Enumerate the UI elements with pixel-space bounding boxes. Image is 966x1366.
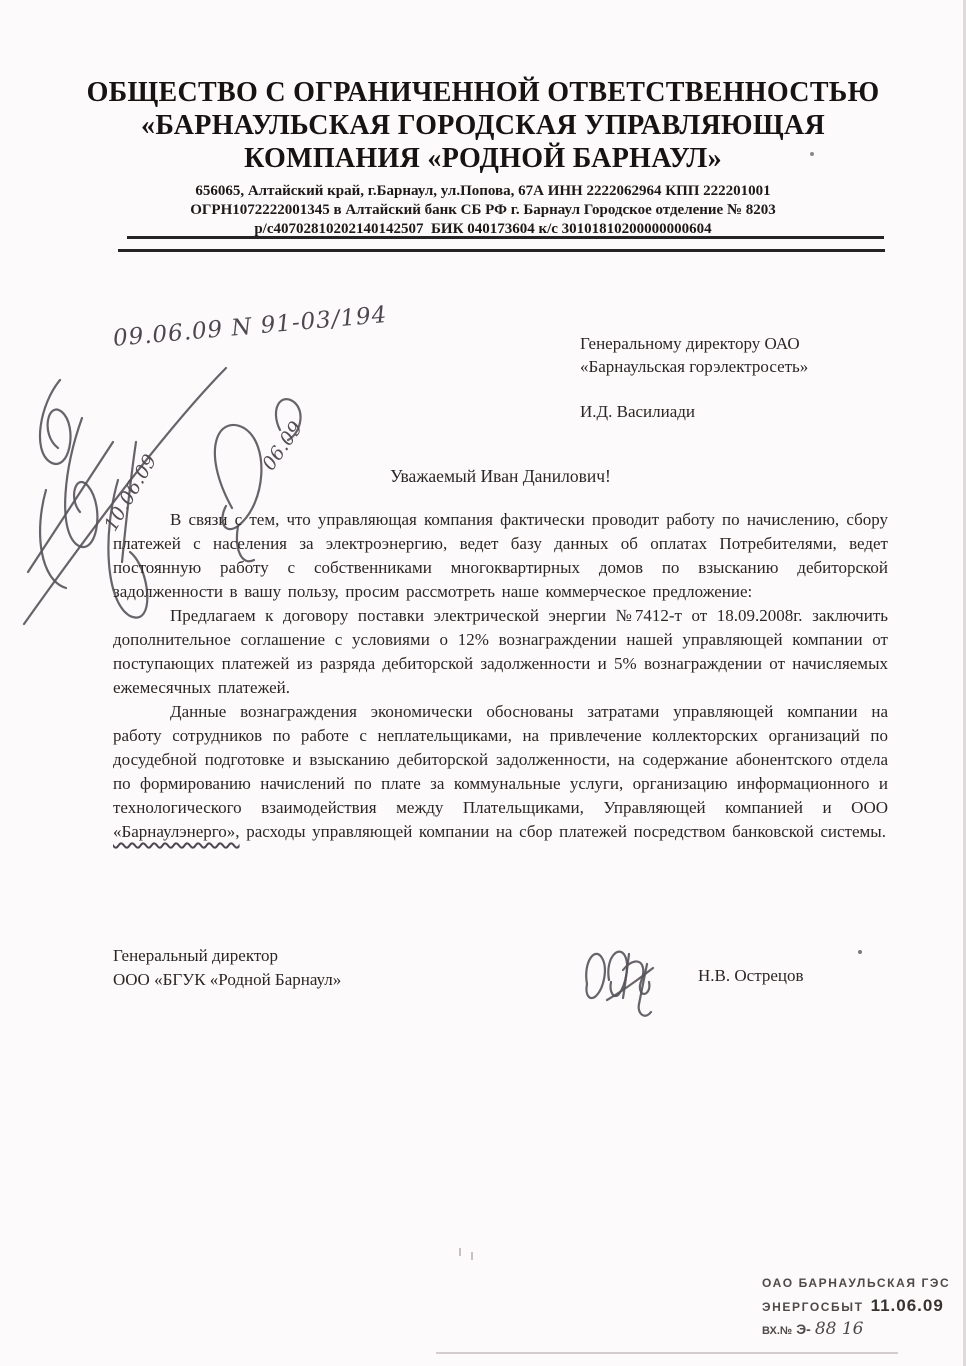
- stamp-reg-number-handwritten: 88 16: [815, 1319, 864, 1339]
- underlined-company-name: «Барнаулэнерго»,: [113, 822, 240, 841]
- paragraph-3-continuation: расходы управляющей компании на сбор пла…: [240, 822, 886, 841]
- signer-title-block: Генеральный директор ООО «БГУК «Родной Б…: [113, 944, 341, 992]
- paragraph-1: В связи с тем, что управляющая компания …: [113, 508, 888, 604]
- scan-speck: [810, 152, 814, 156]
- signer-name: Н.В. Острецов: [698, 966, 804, 986]
- letterhead-divider-bottom: [118, 249, 885, 252]
- signer-title-line-2: ООО «БГУК «Родной Барнаул»: [113, 968, 341, 992]
- recipient-line-1: Генеральному директору ОАО: [580, 332, 808, 355]
- stamp-reg-label: ВХ.№: [762, 1325, 792, 1337]
- scan-mark: [471, 1252, 473, 1260]
- recipient-line-2: «Барнаульская горэлектросеть»: [580, 355, 808, 378]
- paragraph-3: Данные вознаграждения экономически обосн…: [113, 700, 888, 844]
- stamp-organization: ОАО БАРНАУЛЬСКАЯ ГЭС: [762, 1276, 950, 1290]
- letter-body: В связи с тем, что управляющая компания …: [113, 508, 888, 844]
- org-details: 656065, Алтайский край, г.Барнаул, ул.По…: [0, 182, 966, 239]
- recipient-name: И.Д. Василиади: [580, 400, 808, 423]
- stamp-date: 11.06.09: [871, 1296, 944, 1316]
- director-signature: [577, 934, 672, 1022]
- salutation: Уважаемый Иван Данилович!: [113, 466, 888, 487]
- org-address-line: 656065, Алтайский край, г.Барнаул, ул.По…: [0, 182, 966, 201]
- paragraph-2: Предлагаем к договору поставки электриче…: [113, 604, 888, 700]
- scanned-letter-page: ОБЩЕСТВО С ОГРАНИЧЕННОЙ ОТВЕТСТВЕННОСТЬЮ…: [0, 0, 966, 1366]
- scan-speck: [858, 950, 862, 954]
- letterhead: ОБЩЕСТВО С ОГРАНИЧЕННОЙ ОТВЕТСТВЕННОСТЬЮ…: [0, 76, 966, 239]
- scan-mark: [459, 1248, 461, 1256]
- stamp-reg-prefix: Э-: [796, 1321, 811, 1337]
- letterhead-divider-top: [127, 236, 884, 239]
- recipient-block: Генеральному директору ОАО «Барнаульская…: [580, 332, 808, 423]
- org-ogrn-line: ОГРН1072222001345 в Алтайский банк СБ РФ…: [0, 201, 966, 220]
- paragraph-3-text: Данные вознаграждения экономически обосн…: [113, 702, 888, 817]
- scan-bottom-line: [436, 1352, 898, 1354]
- org-name-line-1: ОБЩЕСТВО С ОГРАНИЧЕННОЙ ОТВЕТСТВЕННОСТЬЮ: [0, 76, 966, 109]
- org-name: ОБЩЕСТВО С ОГРАНИЧЕННОЙ ОТВЕТСТВЕННОСТЬЮ…: [0, 76, 966, 175]
- signer-title-line-1: Генеральный директор: [113, 944, 341, 968]
- incoming-stamp: ОАО БАРНАУЛЬСКАЯ ГЭС ЭНЕРГОСБЫТ 11.06.09…: [762, 1276, 950, 1339]
- org-name-line-2: «БАРНАУЛЬСКАЯ ГОРОДСКАЯ УПРАВЛЯЮЩАЯ: [0, 109, 966, 142]
- stamp-department-line: ЭНЕРГОСБЫТ 11.06.09: [762, 1296, 950, 1316]
- stamp-department: ЭНЕРГОСБЫТ: [762, 1300, 864, 1314]
- stamp-registration-line: ВХ.№ Э- 88 16: [762, 1319, 950, 1339]
- org-name-line-3: КОМПАНИЯ «РОДНОЙ БАРНАУЛ»: [0, 142, 966, 175]
